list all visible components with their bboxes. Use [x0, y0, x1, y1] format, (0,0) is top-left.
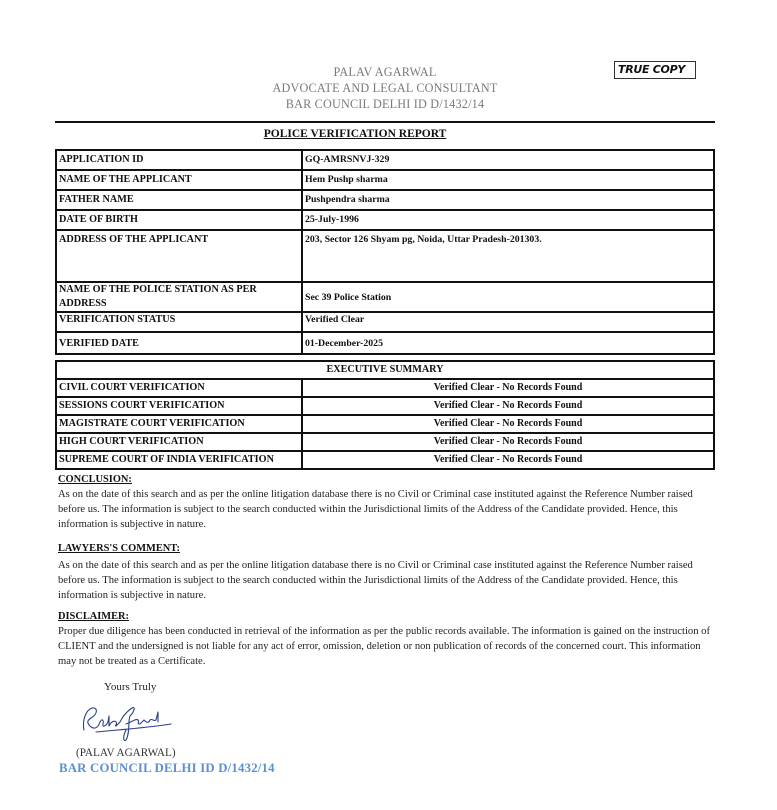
table-row: NAME OF THE POLICE STATION AS PER ADDRES…	[56, 282, 714, 312]
row-label: APPLICATION ID	[56, 150, 302, 170]
date-of-birth-value: 25-July-1996	[302, 210, 714, 230]
letterhead-bar-id: BAR COUNCIL DELHI ID D/1432/14	[0, 96, 770, 112]
conclusion-heading: CONCLUSION:	[58, 472, 718, 487]
table-row: NAME OF THE APPLICANT Hem Pushp sharma	[56, 170, 714, 190]
true-copy-stamp: TRUE COPY	[614, 61, 696, 79]
table-row: SUPREME COURT OF INDIA VERIFICATION Veri…	[56, 451, 714, 469]
signatory-name: (PALAV AGARWAL)	[76, 747, 176, 759]
court-status: Verified Clear - No Records Found	[302, 397, 714, 415]
row-label: FATHER NAME	[56, 190, 302, 210]
table-row: ADDRESS OF THE APPLICANT 203, Sector 126…	[56, 230, 714, 282]
table-row: APPLICATION ID GQ-AMRSNVJ-329	[56, 150, 714, 170]
table-row: SESSIONS COURT VERIFICATION Verified Cle…	[56, 397, 714, 415]
row-label: NAME OF THE APPLICANT	[56, 170, 302, 190]
court-label: SESSIONS COURT VERIFICATION	[56, 397, 302, 415]
row-label: ADDRESS OF THE APPLICANT	[56, 230, 302, 282]
report-title: POLICE VERIFICATION REPORT	[0, 128, 710, 140]
police-station-value: Sec 39 Police Station	[302, 282, 714, 312]
executive-summary-table: EXECUTIVE SUMMARY CIVIL COURT VERIFICATI…	[55, 360, 715, 470]
report-title-text: POLICE VERIFICATION REPORT	[264, 128, 447, 140]
row-label: NAME OF THE POLICE STATION AS PER ADDRES…	[56, 282, 302, 312]
signature-icon	[76, 700, 176, 744]
lawyers-comment-heading: LAWYERS'S COMMENT:	[58, 541, 718, 556]
applicant-details-table: APPLICATION ID GQ-AMRSNVJ-329 NAME OF TH…	[55, 149, 715, 355]
row-label: VERIFIED DATE	[56, 332, 302, 354]
table-row: FATHER NAME Pushpendra sharma	[56, 190, 714, 210]
table-row: CIVIL COURT VERIFICATION Verified Clear …	[56, 379, 714, 397]
court-status: Verified Clear - No Records Found	[302, 451, 714, 469]
advocate-designation: ADVOCATE AND LEGAL CONSULTANT	[0, 80, 770, 96]
disclaimer-section: DISCLAIMER: Proper due diligence has bee…	[58, 609, 718, 669]
lawyers-comment-section: LAWYERS'S COMMENT: As on the date of thi…	[58, 541, 718, 603]
row-label: DATE OF BIRTH	[56, 210, 302, 230]
address-value: 203, Sector 126 Shyam pg, Noida, Uttar P…	[302, 230, 714, 282]
conclusion-text: As on the date of this search and as per…	[58, 487, 718, 532]
verified-date-value: 01-December-2025	[302, 332, 714, 354]
signatory-bar-id: BAR COUNCIL DELHI ID D/1432/14	[59, 761, 275, 776]
table-row: DATE OF BIRTH 25-July-1996	[56, 210, 714, 230]
court-status: Verified Clear - No Records Found	[302, 379, 714, 397]
court-status: Verified Clear - No Records Found	[302, 415, 714, 433]
table-row: MAGISTRATE COURT VERIFICATION Verified C…	[56, 415, 714, 433]
disclaimer-heading: DISCLAIMER:	[58, 609, 718, 624]
father-name-value: Pushpendra sharma	[302, 190, 714, 210]
disclaimer-text: Proper due diligence has been conducted …	[58, 624, 718, 669]
table-row: EXECUTIVE SUMMARY	[56, 361, 714, 379]
court-status: Verified Clear - No Records Found	[302, 433, 714, 451]
table-row: VERIFIED DATE 01-December-2025	[56, 332, 714, 354]
applicant-name-value: Hem Pushp sharma	[302, 170, 714, 190]
court-label: MAGISTRATE COURT VERIFICATION	[56, 415, 302, 433]
table-row: HIGH COURT VERIFICATION Verified Clear -…	[56, 433, 714, 451]
court-label: HIGH COURT VERIFICATION	[56, 433, 302, 451]
header-divider	[55, 121, 715, 123]
lawyers-comment-text: As on the date of this search and as per…	[58, 558, 718, 603]
conclusion-section: CONCLUSION: As on the date of this searc…	[58, 472, 718, 532]
table-row: VERIFICATION STATUS Verified Clear	[56, 312, 714, 332]
application-id-value: GQ-AMRSNVJ-329	[302, 150, 714, 170]
row-label: VERIFICATION STATUS	[56, 312, 302, 332]
verification-status-value: Verified Clear	[302, 312, 714, 332]
court-label: CIVIL COURT VERIFICATION	[56, 379, 302, 397]
closing-text: Yours Truly	[104, 681, 156, 693]
court-label: SUPREME COURT OF INDIA VERIFICATION	[56, 451, 302, 469]
executive-summary-heading: EXECUTIVE SUMMARY	[56, 361, 714, 379]
